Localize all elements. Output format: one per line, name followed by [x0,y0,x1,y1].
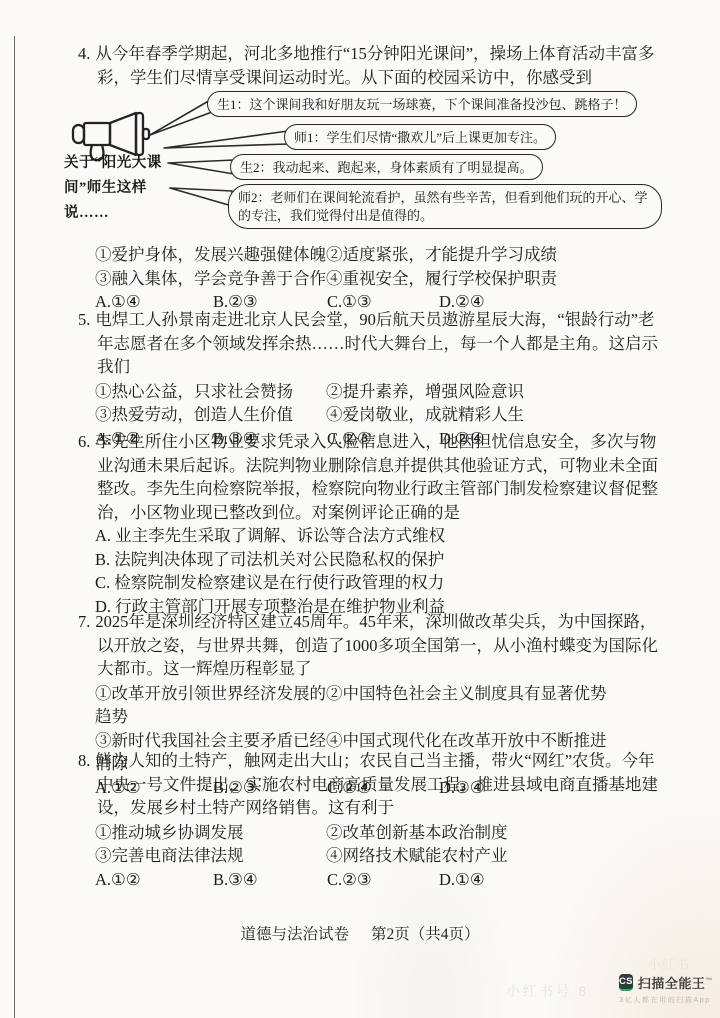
camscanner-app-name-text: 扫描全能王 [638,976,706,991]
item-4: ④爱岗敬业，成就精彩人生 [326,403,666,427]
choice-c: C.②③ [327,868,439,892]
item-1: ①推动城乡协调发展 [95,821,326,845]
question-stem-text: 李先生所住小区物业要求凭录入人脸信息进入，他因担忧信息安全，多次与物业沟通未果后… [95,432,658,522]
item-4: ④网络技术赋能农村产业 [326,844,666,868]
figure-caption: 关于“阳光大课间”师生这样说…… [64,151,170,226]
item-1: ①改革开放引领世界经济发展的趋势 [95,682,326,729]
question-5-stem: 5.电焊工人孙景南走进北京人民会堂，90后航天员遨游星辰大海，“银龄行动”老年志… [78,308,666,379]
xiaohongshu-account-watermark: 小红书号 8 [506,981,589,1001]
question-7-stem: 7.2025年是深圳经济特区建立45周年。45年来，深圳做改革尖兵，为中国探路，… [78,610,666,681]
question-number: 6. [78,432,95,451]
question-stem-text: 鲜为人知的土特产，触网走出大山；农民自己当主播，带火“网红”农货。今年中央一号文… [95,751,658,817]
question-8-choices: A.①② B.③④ C.②③ D.①④ [78,868,666,892]
question-6-options: A. 业主李先生采取了调解、诉讼等合法方式维权 B. 法院判决体现了司法机关对公… [78,524,666,618]
page-number: 第2页（共4页） [371,926,480,943]
question-8: 8.鲜为人知的土特产，触网走出大山；农民自己当主播，带火“网红”农货。今年中央一… [78,749,666,891]
item-4: ④重视安全，履行学校保护职责 [326,267,666,291]
camscanner-app-name: 扫描全能王™ [638,973,713,992]
speech-bubble-teacher2: 师2：老师们在课间轮流看护，虽然有些辛苦，但看到他们玩的开心、学的专注，我们觉得… [228,184,662,229]
camscanner-badge-row: CS 扫描全能王™ [619,973,711,992]
item-3: ③融入集体，学会竞争善于合作 [95,267,326,291]
item-2: ②中国特色社会主义制度具有显著优势 [326,682,666,729]
camscanner-tagline: 3亿人都在用的扫描App [619,995,711,1005]
item-2: ②适度紧张，才能提升学习成绩 [326,243,666,267]
question-number: 5. [78,310,95,329]
speech-bubble-student1: 生1：这个课间我和好朋友玩一场球赛，下个课间准备投沙包、跳格子！ [207,91,637,117]
option-a: A. 业主李先生采取了调解、诉讼等合法方式维权 [78,524,666,548]
option-b: B. 法院判决体现了司法机关对公民隐私权的保护 [78,548,666,572]
question-8-stem: 8.鲜为人知的土特产，触网走出大山；农民自己当主播，带火“网红”农货。今年中央一… [78,749,666,820]
choice-d: D.①④ [439,868,666,892]
item-3: ③完善电商法律法规 [95,844,326,868]
question-number: 7. [78,612,95,631]
question-5: 5.电焊工人孙景南走进北京人民会堂，90后航天员遨游星辰大海，“银龄行动”老年志… [78,308,666,450]
item-1: ①热心公益，只求社会赞扬 [95,380,326,404]
choice-a: A.①② [95,868,213,892]
xiaohongshu-watermark: 小红书 [648,954,690,973]
question-number: 8. [78,751,95,770]
camscanner-badge: CS 扫描全能王™ 3亿人都在用的扫描App [619,973,711,1005]
choice-b: B.③④ [213,868,327,892]
question-5-items: ①热心公益，只求社会赞扬 ②提升素养，增强风险意识 ③热爱劳动，创造人生价值 ④… [78,380,666,427]
page-edge-line [14,36,15,1018]
question-4-stem: 4.从今年春季学期起，河北多地推行“15分钟阳光课间”，操场上体育活动丰富多彩，… [78,42,666,89]
item-2: ②提升素养，增强风险意识 [326,380,666,404]
page-footer: 道德与法治试卷第2页（共4页） [0,922,720,944]
question-stem-text: 2025年是深圳经济特区建立45周年。45年来，深圳做改革尖兵，为中国探路，以开… [95,612,658,678]
speech-bubble-teacher1: 师1：学生们尽情“撒欢儿”后上课更加专注。 [284,124,556,150]
question-stem-text: 电焊工人孙景南走进北京人民会堂，90后航天员遨游星辰大海，“银龄行动”老年志愿者… [95,310,658,376]
question-6: 6.李先生所住小区物业要求凭录入人脸信息进入，他因担忧信息安全，多次与物业沟通未… [78,430,666,618]
exam-title: 道德与法治试卷 [240,926,349,943]
question-6-stem: 6.李先生所住小区物业要求凭录入人脸信息进入，他因担忧信息安全，多次与物业沟通未… [78,430,666,524]
question-4-items: ①爱护身体，发展兴趣强健体魄 ②适度紧张，才能提升学习成绩 ③融入集体，学会竞争… [78,243,666,290]
question-8-items: ①推动城乡协调发展 ②改革创新基本政治制度 ③完善电商法律法规 ④网络技术赋能农… [78,821,666,868]
scanned-exam-page: 4.从今年春季学期起，河北多地推行“15分钟阳光课间”，操场上体育活动丰富多彩，… [0,0,720,1018]
trademark-symbol: ™ [705,978,713,985]
item-3: ③热爱劳动，创造人生价值 [95,403,326,427]
question-4: 4.从今年春季学期起，河北多地推行“15分钟阳光课间”，操场上体育活动丰富多彩，… [78,42,666,314]
item-1: ①爱护身体，发展兴趣强健体魄 [95,243,326,267]
speech-bubble-student2: 生2：我动起来、跑起来，身体素质有了明显提高。 [230,154,543,180]
question-stem-text: 从今年春季学期起，河北多地推行“15分钟阳光课间”，操场上体育活动丰富多彩，学生… [95,44,654,87]
option-c: C. 检察院制发检察建议是在行使行政管理的权力 [78,571,666,595]
interview-figure: 关于“阳光大课间”师生这样说…… 生1：这个课间我和好朋友玩一场球赛，下个课间准… [62,91,666,242]
item-2: ②改革创新基本政治制度 [326,821,666,845]
question-number: 4. [78,44,95,63]
camscanner-logo-icon: CS [619,974,633,991]
